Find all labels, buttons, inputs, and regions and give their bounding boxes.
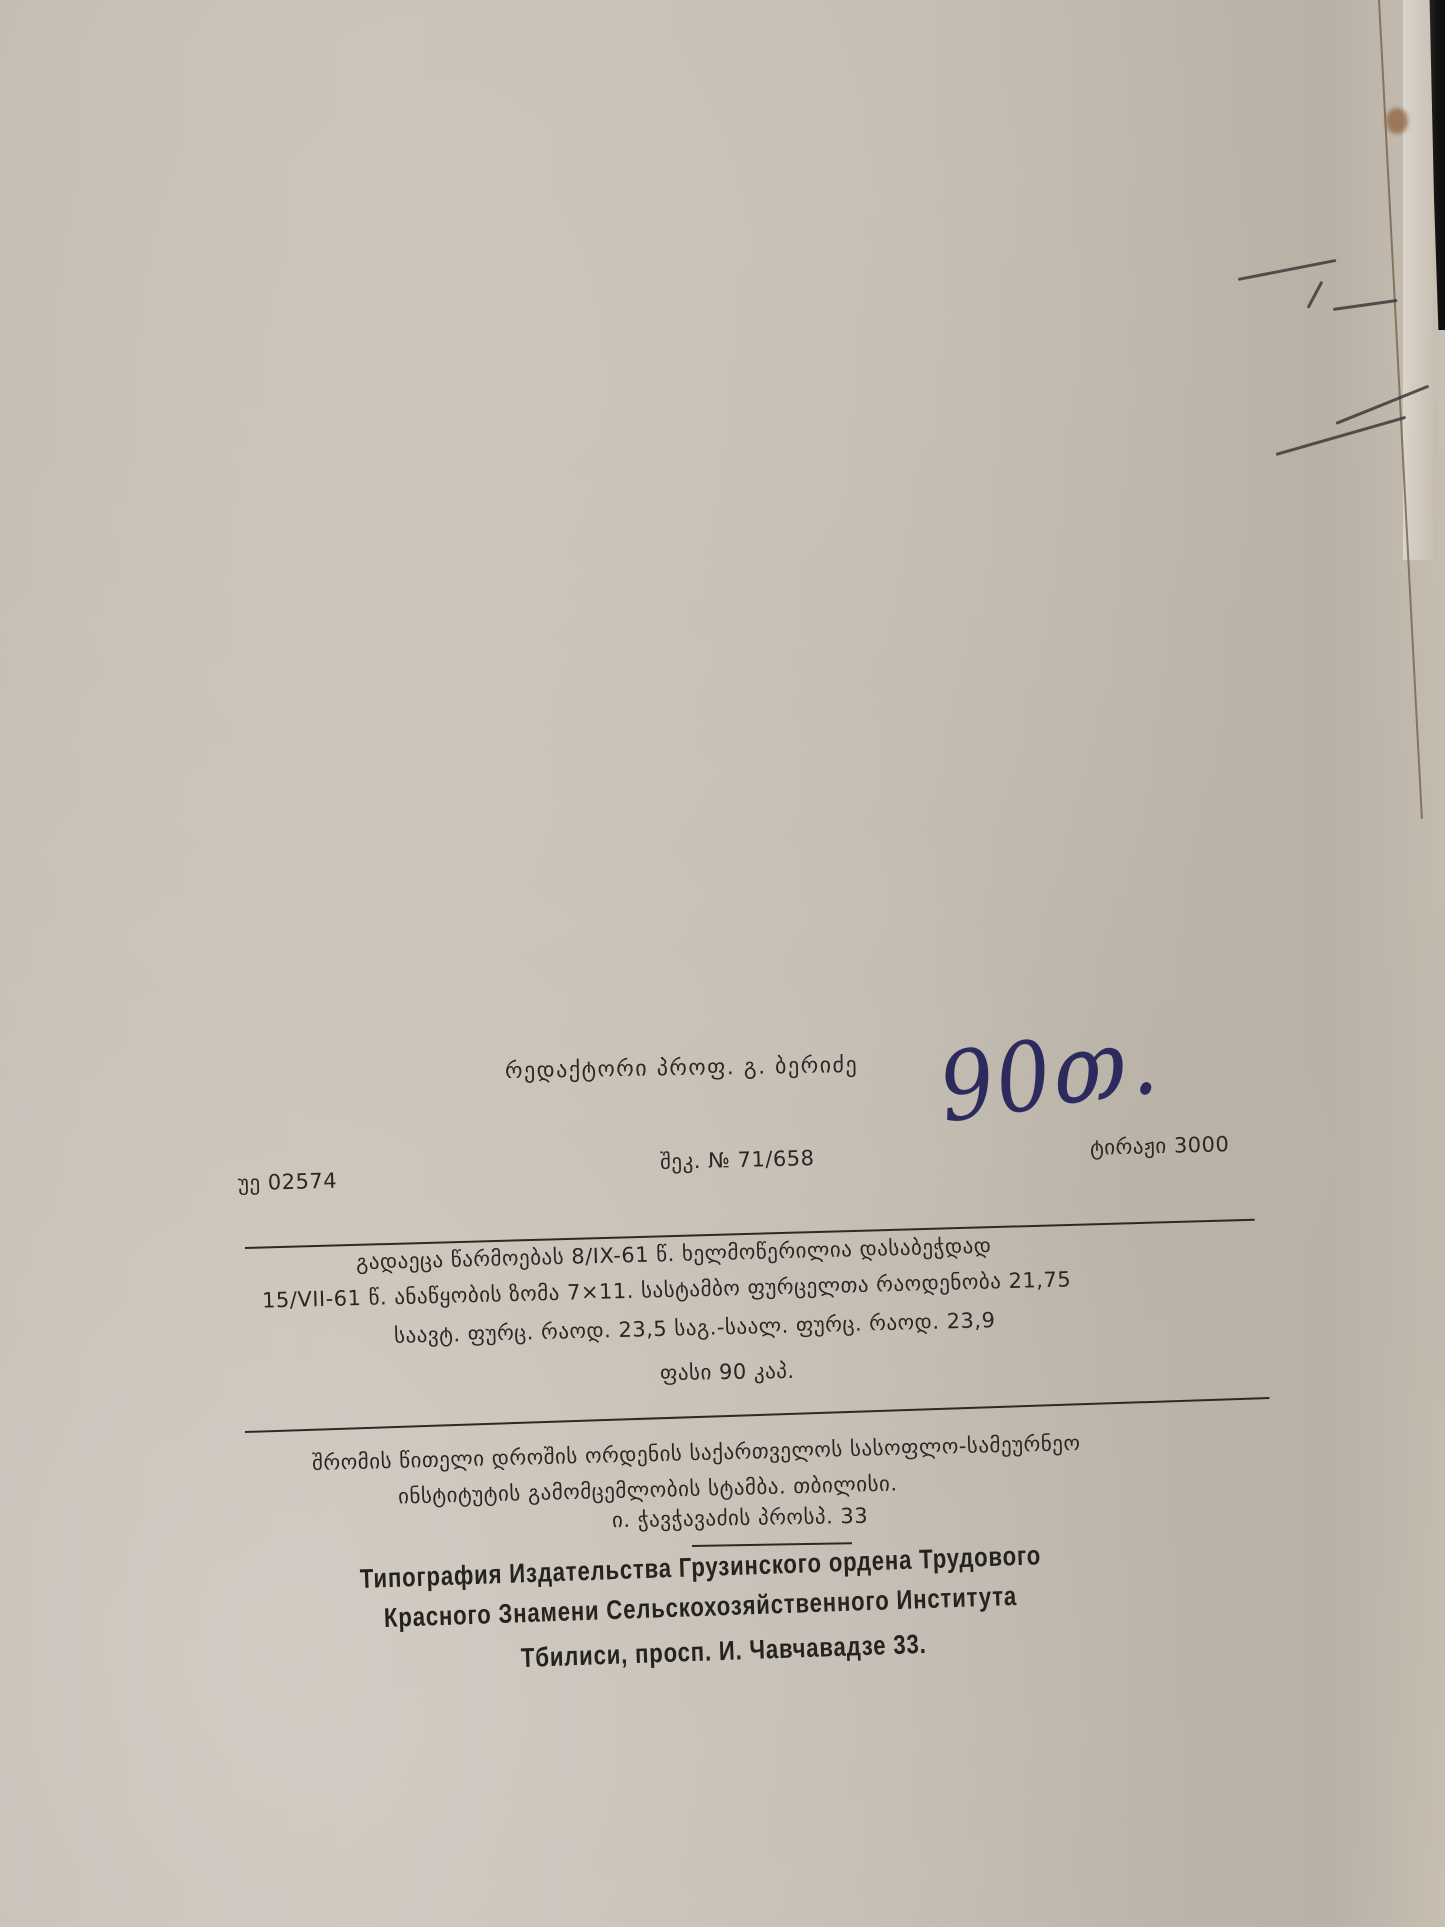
book-page: რედაქტორი პროფ. გ. ბერიძე 90თ. უე 02574 … bbox=[0, 0, 1445, 1927]
page-edge bbox=[1403, 0, 1433, 560]
order-number: შეკ. № 71/658 bbox=[660, 1148, 815, 1173]
print-run: ტირაჟი 3000 bbox=[1090, 1134, 1230, 1159]
pencil-mark bbox=[1307, 281, 1324, 309]
handwritten-price: 90თ. bbox=[932, 1005, 1165, 1144]
production-line-2: 15/VII-61 წ. ანაწყობის ზომა 7×11. სასტამ… bbox=[262, 1269, 1072, 1311]
price-line: ფასი 90 კაპ. bbox=[660, 1361, 795, 1384]
printer-russian-line-3: Тбилиси, просп. И. Чавчавадзе 33. bbox=[521, 1631, 928, 1672]
catalog-code: უე 02574 bbox=[238, 1171, 338, 1195]
stain-mark bbox=[1386, 108, 1408, 134]
printer-russian-line-2: Красного Знамени Сельскохозяйственного И… bbox=[384, 1583, 1018, 1632]
production-line-3: საავტ. ფურც. რაოდ. 23,5 საგ.-საალ. ფურც.… bbox=[394, 1310, 996, 1347]
printer-georgian-line-1: შრომის წითელი დროშის ორდენის საქართველოს… bbox=[312, 1433, 1081, 1474]
pencil-mark bbox=[1333, 299, 1398, 311]
short-divider-rule bbox=[692, 1542, 852, 1547]
printer-georgian-line-3: ი. ჭავჭავაძის პროსპ. 33 bbox=[612, 1506, 868, 1531]
pencil-mark bbox=[1238, 259, 1337, 281]
printer-georgian-line-2: ინსტიტუტის გამომცემლობის სტამბა. თბილისი… bbox=[398, 1473, 898, 1507]
divider-rule bbox=[245, 1397, 1270, 1433]
editor-line: რედაქტორი პროფ. გ. ბერიძე bbox=[505, 1055, 859, 1083]
